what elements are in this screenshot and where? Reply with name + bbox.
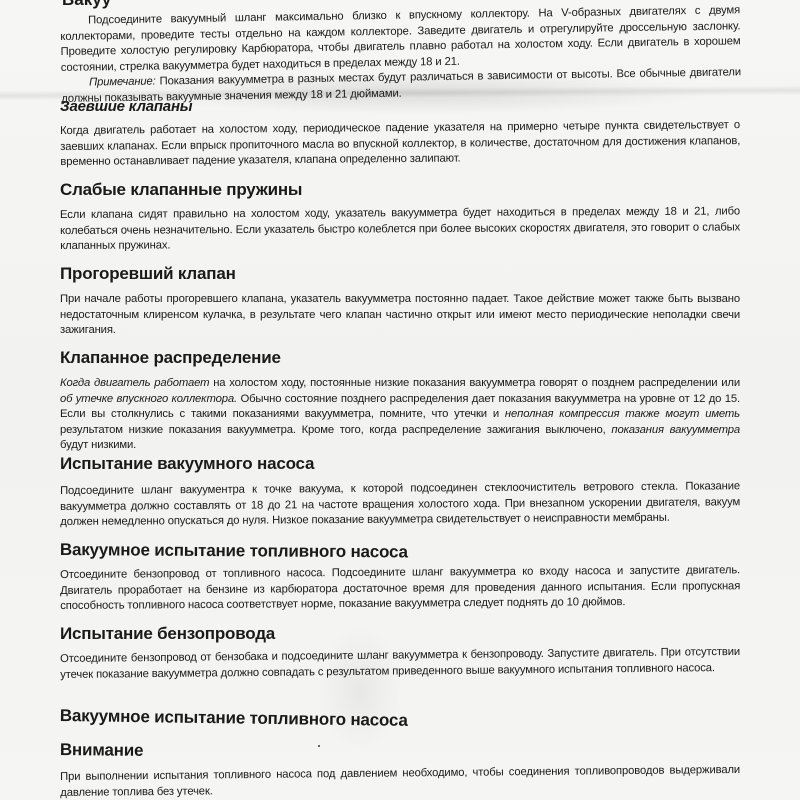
text-fragment: результатом низкие показания вакуумметра… (60, 424, 611, 436)
italic-fragment: показания вакуумметра (611, 424, 740, 436)
section-weak-springs: Слабые клапанные пружины (60, 180, 740, 200)
scanned-page: Вакуу Подсоедините вакуумный шланг макси… (0, 0, 800, 800)
text-fragment: будут низкими. (60, 439, 136, 451)
intro-block: Подсоедините вакуумный шланг максимально… (60, 3, 741, 107)
section-text: Отсоедините бензопровод от бензобака и п… (60, 645, 740, 683)
section-text: При начале работы прогоревшего клапана, … (60, 292, 740, 339)
section-text: Подсоедините шланг вакуументра к точке в… (60, 479, 740, 530)
section-fuel-line-test-body: Отсоедините бензопровод от бензобака и п… (60, 645, 740, 683)
section-heading: Прогоревший клапан (60, 264, 740, 284)
section-heading: Испытание вакуумного насоса (60, 454, 740, 474)
section-text: Когда двигатель работает на холостом ход… (60, 376, 740, 454)
section-valve-timing-body: Когда двигатель работает на холостом ход… (60, 376, 740, 454)
section-attention: Внимание (60, 740, 740, 760)
section-attention-body: При выполнении испытания топливного насо… (60, 763, 740, 800)
italic-fragment: неполная компрессия также могут иметь (505, 408, 740, 420)
section-heading: Вакуумное испытание топливного насоса (60, 706, 740, 735)
section-text: При выполнении испытания топливного насо… (60, 763, 740, 800)
section-heading: Заевшие клапаны (60, 98, 740, 115)
section-fuel-line-test: Испытание бензопровода (60, 624, 740, 644)
section-fuel-pump-vacuum-test-body: Отсоедините бензопровод от топливного на… (60, 563, 740, 614)
section-weak-springs-body: Если клапана сидят правильно на холостом… (60, 204, 740, 254)
italic-fragment: об утечке впускного коллектора. (60, 393, 237, 405)
section-text: Если клапана сидят правильно на холостом… (60, 204, 740, 254)
section-heading: Испытание бензопровода (60, 624, 740, 644)
section-fuel-pump-vacuum-test: Вакуумное испытание топливного насоса (60, 540, 740, 560)
section-valve-timing: Клапанное распределение (60, 348, 740, 368)
section-vacuum-pump-test-body: Подсоедините шланг вакуументра к точке в… (60, 479, 740, 530)
section-fuel-pump-vacuum-test-2: Вакуумное испытание топливного насоса (60, 706, 740, 726)
section-stuck-valves: Заевшие клапаны (60, 98, 740, 115)
section-stuck-valves-body: Когда двигатель работает на холостом ход… (60, 118, 740, 170)
section-text: Когда двигатель работает на холостом ход… (60, 118, 740, 170)
italic-fragment: Когда двигатель работает (60, 377, 209, 389)
note-label: Примечание: (89, 76, 156, 89)
section-heading: Клапанное распределение (60, 348, 740, 368)
section-heading: Вакуумное испытание топливного насоса (60, 540, 740, 565)
speck (318, 745, 320, 747)
cut-heading: Вакуу (62, 0, 111, 10)
text-fragment: на холостом ходу, постоянные низкие пока… (209, 377, 740, 389)
section-burnt-valve: Прогоревший клапан (60, 264, 740, 284)
section-text: Отсоедините бензопровод от топливного на… (60, 563, 740, 614)
intro-paragraph: Подсоедините вакуумный шланг максимально… (60, 3, 741, 76)
section-vacuum-pump-test: Испытание вакуумного насоса (60, 454, 740, 474)
section-burnt-valve-body: При начале работы прогоревшего клапана, … (60, 292, 740, 339)
section-heading: Слабые клапанные пружины (60, 180, 740, 200)
intro-text: Подсоедините вакуумный шланг максимально… (60, 4, 740, 73)
